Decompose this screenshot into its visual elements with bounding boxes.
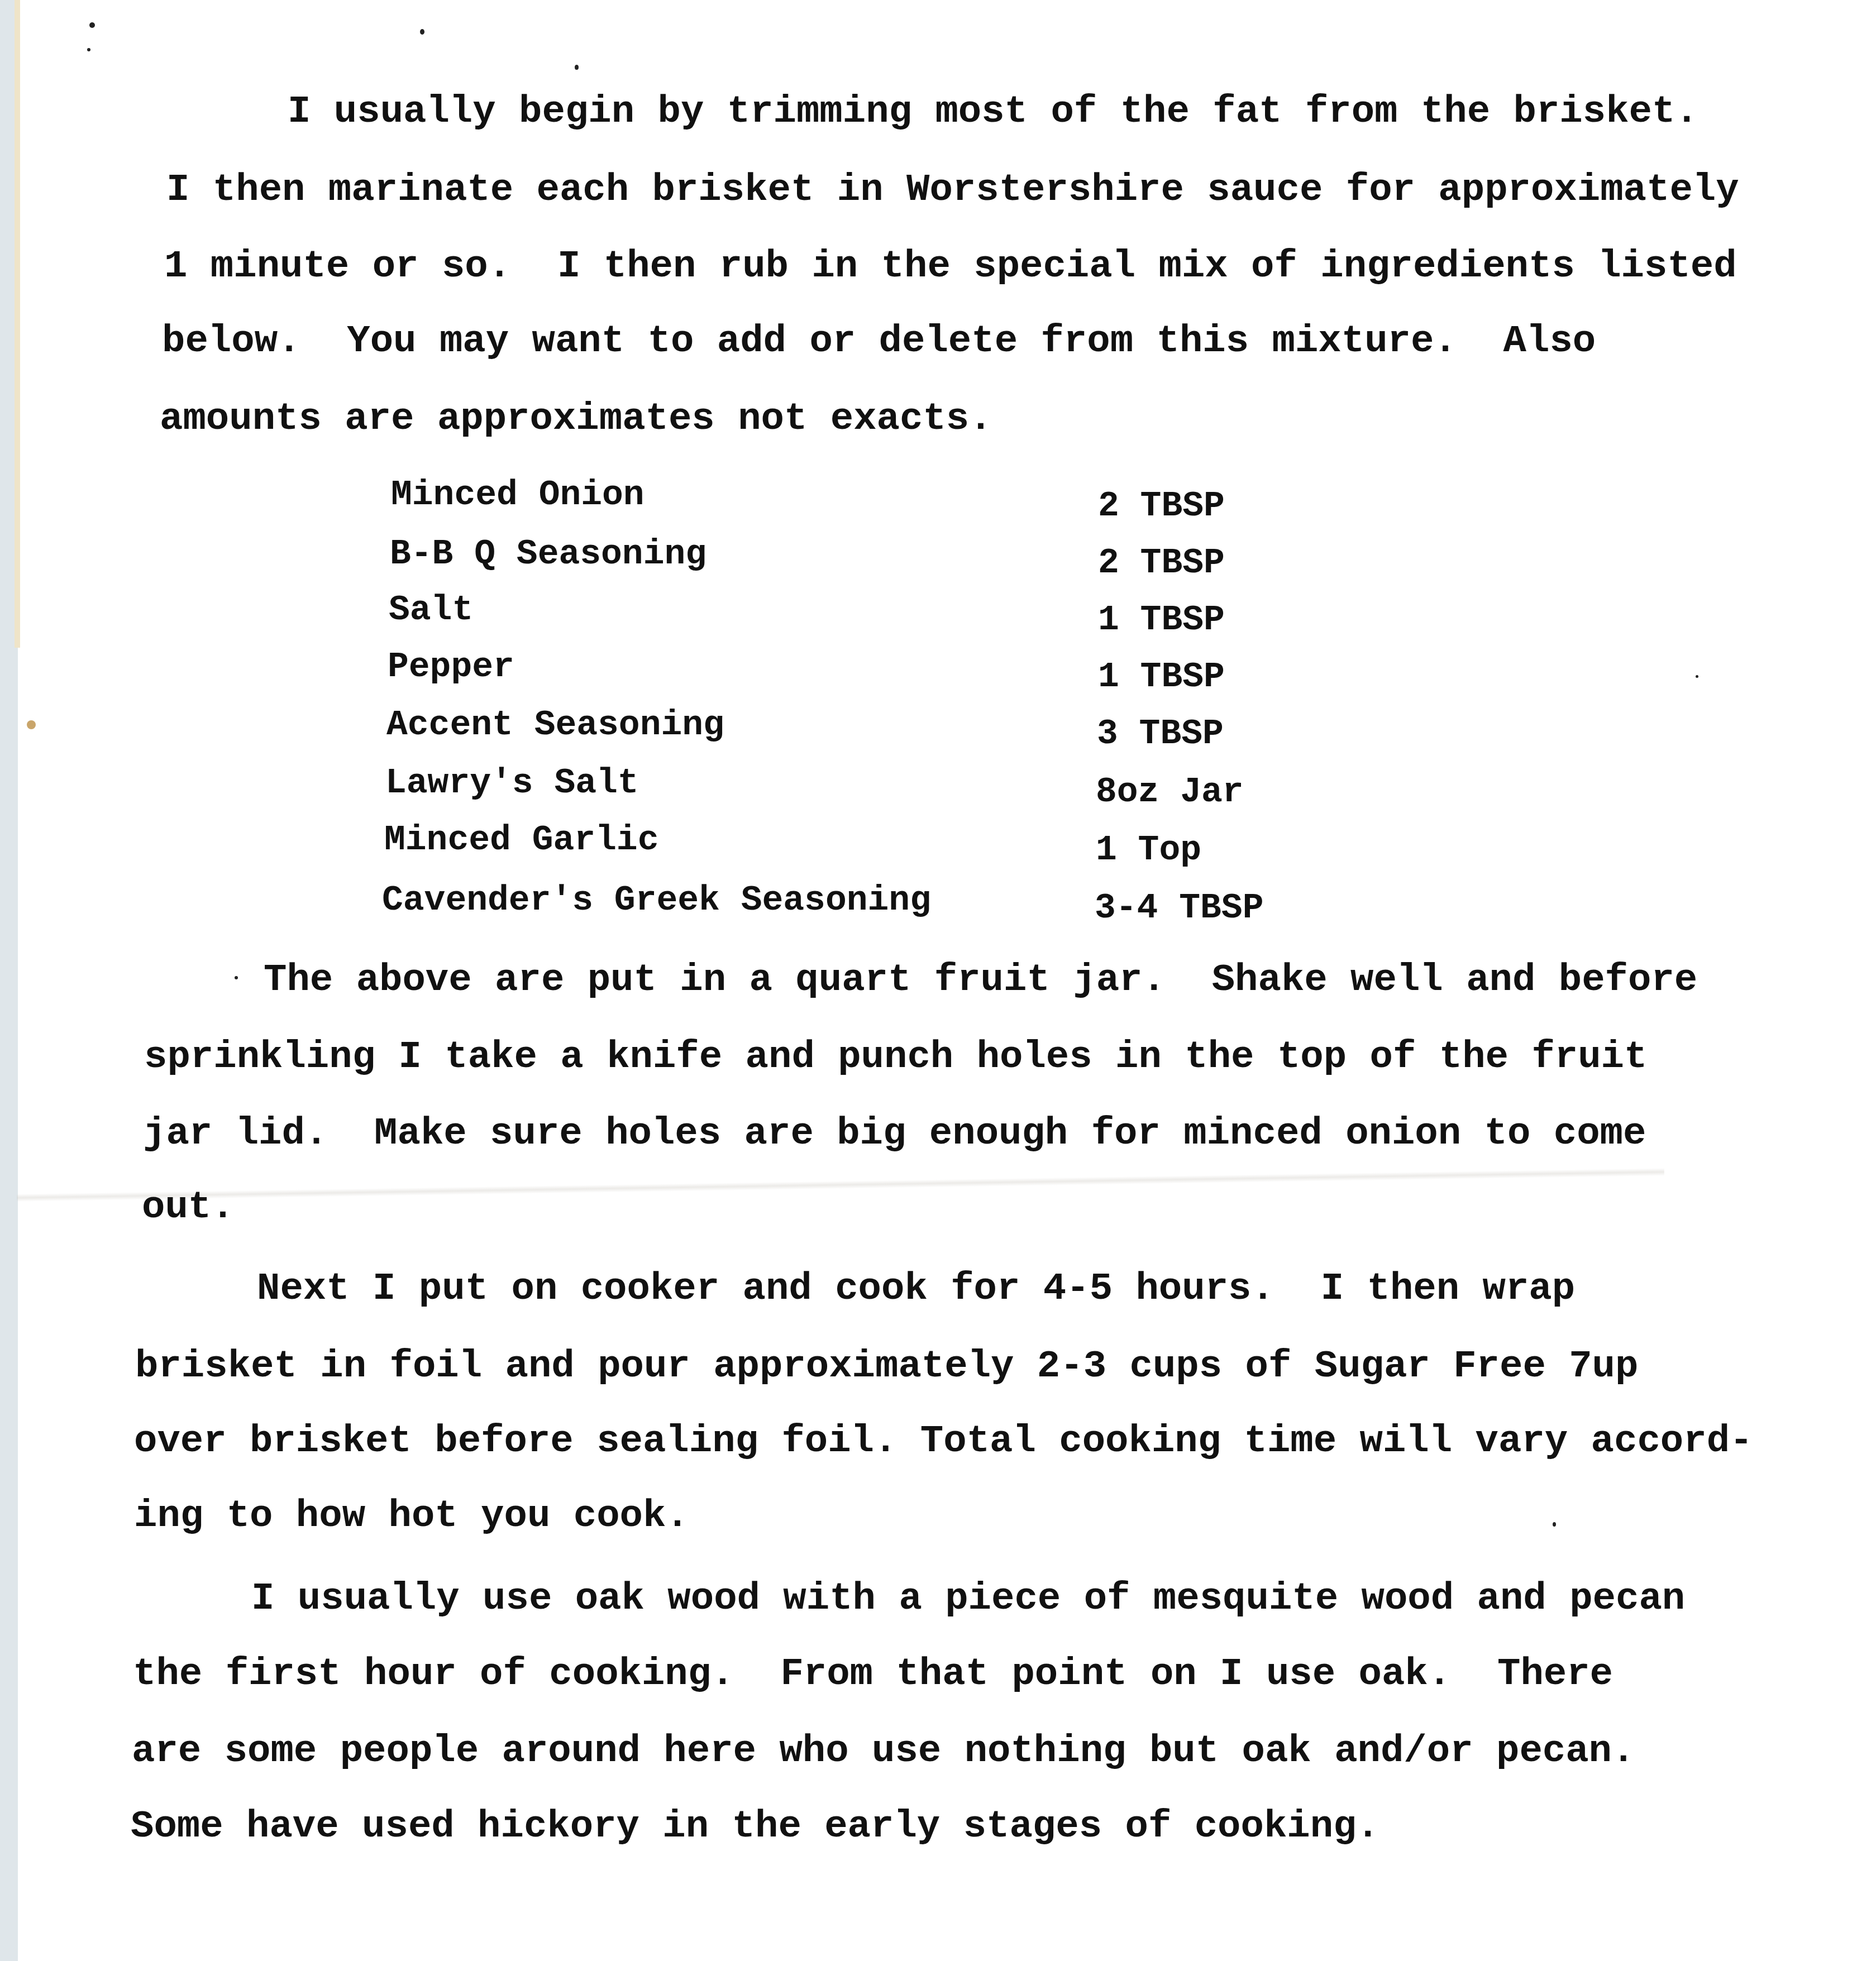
text-line: out.	[142, 1185, 235, 1230]
text-line: The above are put in a quart fruit jar. …	[264, 958, 1697, 1002]
text-line: brisket in foil and pour approximately 2…	[135, 1344, 1638, 1389]
text-line: ing to how hot you cook.	[134, 1494, 689, 1538]
ingredient-amount: 8oz Jar	[1096, 773, 1244, 812]
text-line: Some have used hickory in the early stag…	[131, 1804, 1379, 1849]
ingredient-amount: 2 TBSP	[1098, 544, 1225, 583]
scan-speck	[87, 48, 90, 51]
ingredient-amount: 2 TBSP	[1098, 487, 1225, 526]
text-line: jar lid. Make sure holes are big enough …	[143, 1111, 1646, 1156]
text-line: Next I put on cooker and cook for 4-5 ho…	[257, 1266, 1575, 1311]
scan-speck	[1553, 1522, 1556, 1527]
text-line: amounts are approximates not exacts.	[160, 396, 992, 441]
text-line: 1 minute or so. I then rub in the specia…	[164, 244, 1737, 289]
ingredient-name: B-B Q Seasoning	[390, 535, 707, 574]
paper-fold-crease	[17, 1168, 1664, 1202]
ingredient-name: Minced Onion	[391, 476, 645, 515]
scan-speck	[1696, 675, 1698, 678]
scan-stain	[27, 720, 36, 729]
ingredient-amount: 3 TBSP	[1097, 715, 1224, 754]
scan-speck	[420, 29, 424, 35]
ingredient-name: Lawry's Salt	[385, 764, 639, 803]
ingredient-amount: 1 TBSP	[1098, 658, 1225, 697]
text-line: are some people around here who use noth…	[132, 1729, 1635, 1773]
ingredient-name: Salt	[389, 591, 473, 630]
scan-speck	[575, 65, 579, 70]
text-line: sprinkling I take a knife and punch hole…	[144, 1035, 1647, 1079]
text-line: below. You may want to add or delete fro…	[162, 319, 1596, 363]
scan-speck	[235, 976, 238, 979]
text-line: the first hour of cooking. From that poi…	[133, 1652, 1613, 1696]
scan-edge-paper-band	[15, 0, 20, 648]
ingredient-name: Cavender's Greek Seasoning	[382, 881, 931, 920]
ingredient-amount: 3-4 TBSP	[1095, 889, 1263, 928]
ingredient-name: Accent Seasoning	[386, 706, 724, 745]
scan-speck	[89, 22, 95, 28]
text-line: I then marinate each brisket in Worsters…	[166, 168, 1739, 212]
ingredient-amount: 1 TBSP	[1098, 601, 1225, 640]
text-line: I usually begin by trimming most of the …	[288, 89, 1698, 134]
ingredient-amount: 1 Top	[1096, 831, 1201, 870]
text-line: over brisket before sealing foil. Total …	[134, 1419, 1753, 1463]
text-line: I usually use oak wood with a piece of m…	[251, 1576, 1685, 1621]
ingredient-name: Minced Garlic	[384, 821, 658, 860]
ingredient-name: Pepper	[388, 648, 514, 687]
